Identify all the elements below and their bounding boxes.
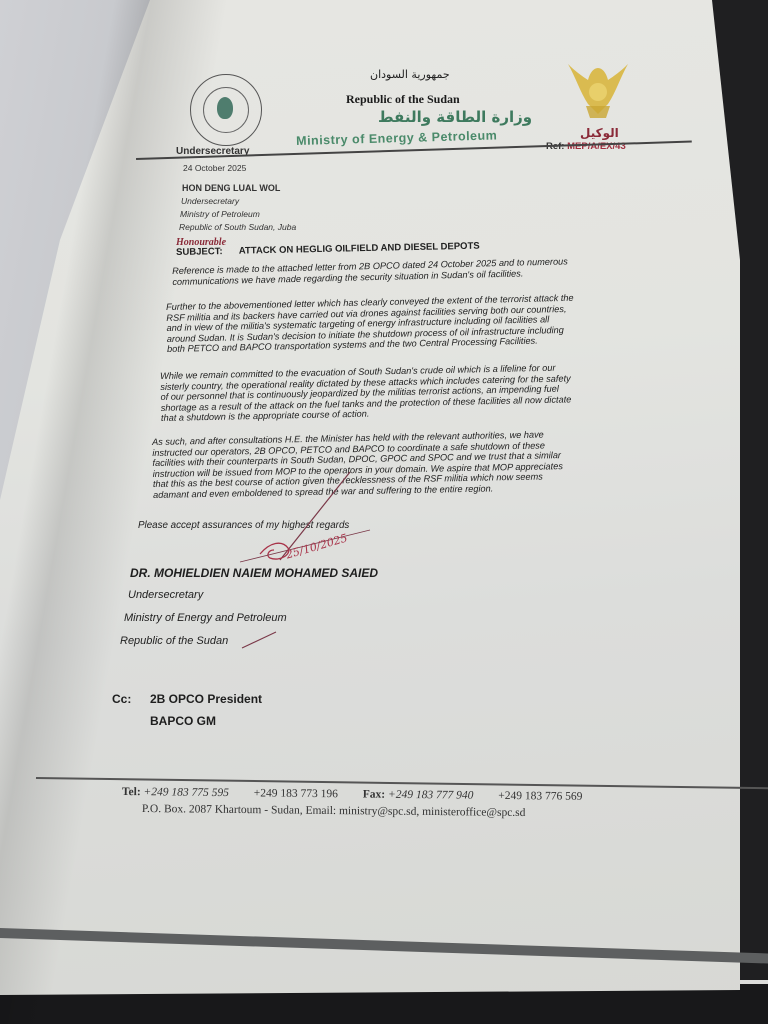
body-paragraph-1: Reference is made to the attached letter… — [172, 256, 568, 287]
recipient-name: HON DENG LUAL WOL — [182, 183, 280, 193]
recipient-org: Ministry of Petroleum — [180, 209, 260, 219]
footer-contacts: Tel: +249 183 775 595 +249 183 773 196 F… — [122, 786, 605, 803]
republic-name: Republic of the Sudan — [346, 92, 460, 107]
cc-recipient-1: 2B OPCO President — [150, 692, 262, 706]
cc-label: Cc: — [112, 692, 131, 706]
sudan-eagle-emblem-icon — [562, 58, 634, 126]
signatory-org: Ministry of Energy and Petroleum — [124, 612, 287, 624]
recipient-location: Republic of South Sudan, Juba — [179, 222, 296, 232]
letter-content: جمهورية السودان Republic of the Sudan وز… — [0, 0, 768, 1024]
arabic-undersecretary-label: الوكيل — [580, 126, 619, 140]
signatory-country: Republic of the Sudan — [120, 635, 228, 647]
ministry-name: Ministry of Energy & Petroleum — [296, 128, 497, 148]
signatory-title: Undersecretary — [128, 589, 203, 601]
subject-text: ATTACK ON HEGLIG OILFIELD AND DIESEL DEP… — [239, 241, 480, 257]
arabic-republic-name: جمهورية السودان — [370, 68, 450, 81]
letter-date: 24 October 2025 — [183, 163, 246, 173]
signatory-name: DR. MOHIELDIEN NAIEM MOHAMED SAIED — [130, 566, 378, 580]
page-binding-band — [0, 928, 768, 964]
footer-tel: Tel: +249 183 775 595 — [122, 786, 229, 799]
footer-fax: Fax: +249 183 777 940 — [363, 789, 474, 802]
footer-tel-2: +249 183 773 196 — [254, 787, 338, 800]
body-paragraph-2: Further to the abovementioned letter whi… — [166, 293, 575, 355]
cc-recipient-2: BAPCO GM — [150, 714, 216, 728]
ministry-seal-icon — [190, 74, 262, 146]
pen-tick-mark — [240, 628, 280, 652]
footer-address: P.O. Box. 2087 Khartoum - Sudan, Email: … — [142, 803, 526, 819]
recipient-title: Undersecretary — [181, 196, 239, 206]
footer-fax-2: +249 183 776 569 — [498, 790, 582, 803]
body-paragraph-3: While we remain committed to the evacuat… — [160, 362, 572, 424]
arabic-ministry-name: وزارة الطاقة والنفط — [378, 108, 532, 126]
subject-label: SUBJECT: — [176, 246, 223, 258]
